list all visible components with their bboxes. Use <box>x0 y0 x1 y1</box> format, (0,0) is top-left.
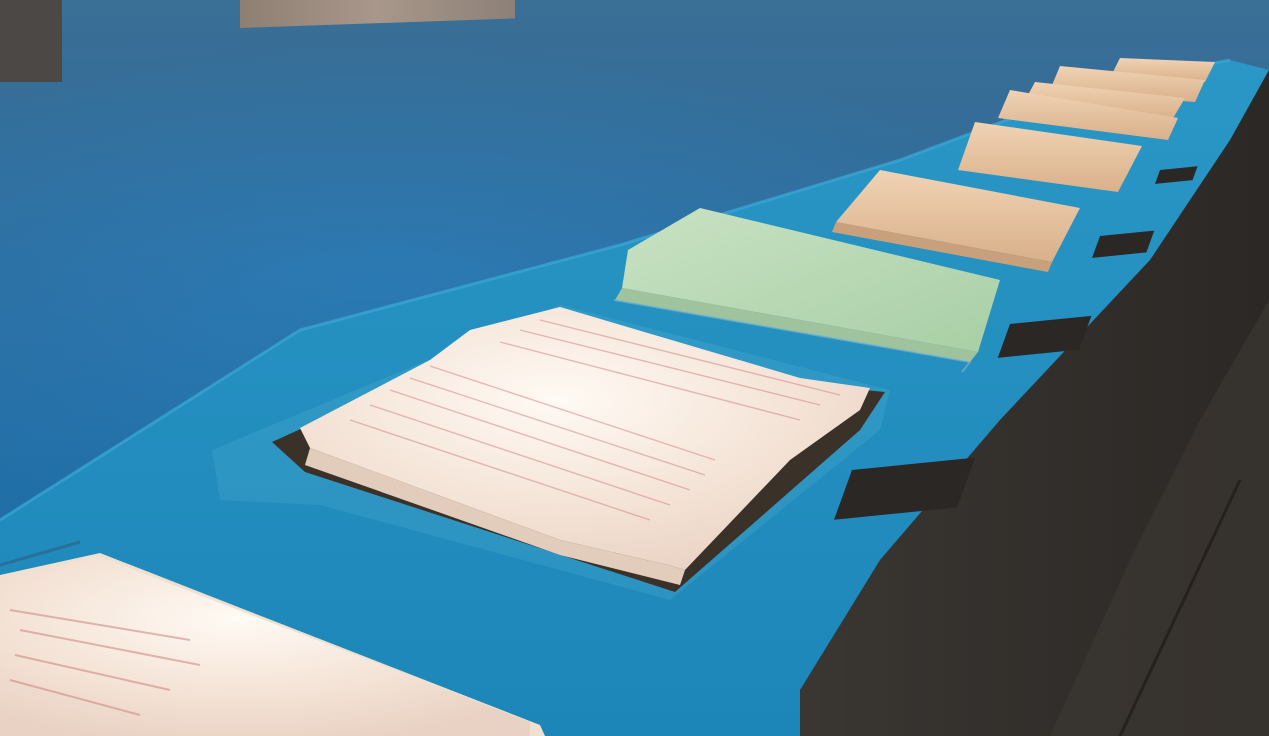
display-shelf <box>0 0 1269 736</box>
museum-display-photo <box>0 0 1269 736</box>
